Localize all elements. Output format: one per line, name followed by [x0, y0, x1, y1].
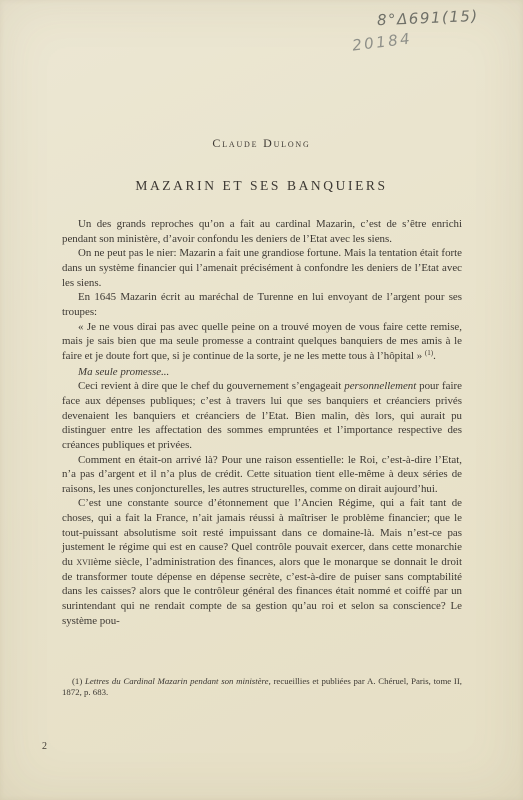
- body-paragraph-3: En 1645 Mazarin écrit au maréchal de Tur…: [62, 290, 462, 319]
- author-name: Claude Dulong: [0, 136, 523, 151]
- article-title: MAZARIN ET SES BANQUIERS: [0, 178, 523, 194]
- body-paragraph-7: Comment en était-on arrivé là? Pour une …: [62, 453, 462, 497]
- handwritten-shelfmark: 8°Δ691(15): [377, 7, 479, 29]
- paragraph-text: Ma seule promesse...: [78, 366, 169, 378]
- handwritten-accession-number: 20184: [351, 29, 413, 54]
- quote-end-punctuation: .: [433, 350, 436, 362]
- body-paragraph-6: Ceci revient à dire que le chef du gouve…: [62, 379, 462, 452]
- paragraph-text: Un des grands reproches qu’on a fait au …: [62, 218, 462, 245]
- paragraph-text: Comment en était-on arrivé là? Pour une …: [62, 454, 462, 495]
- paragraph-text: Ceci revient à dire que le chef du gouve…: [78, 380, 344, 392]
- page-number: 2: [42, 741, 47, 752]
- footnote-reference-marker: (1): [425, 349, 433, 357]
- body-paragraph-8: C’est une constante source d’étonnement …: [62, 496, 462, 628]
- quote-paragraph: « Je ne vous dirai pas avec quelle peine…: [62, 320, 462, 365]
- footnote-marker: (1): [72, 676, 85, 686]
- paragraph-text: En 1645 Mazarin écrit au maréchal de Tur…: [62, 291, 462, 318]
- body-text-column: Un des grands reproches qu’on a fait au …: [62, 217, 462, 628]
- body-paragraph-1: Un des grands reproches qu’on a fait au …: [62, 217, 462, 246]
- paragraph-text: ème siècle, l’administration des finance…: [62, 556, 462, 627]
- century-small-caps: xvii: [76, 556, 93, 568]
- body-paragraph-2: On ne peut pas le nier: Mazarin a fait u…: [62, 246, 462, 290]
- footnote: (1) Lettres du Cardinal Mazarin pendant …: [62, 676, 462, 699]
- emphasized-word: personnellement: [344, 380, 416, 392]
- body-paragraph-5-italic: Ma seule promesse...: [62, 365, 462, 380]
- quote-text: « Je ne vous dirai pas avec quelle peine…: [62, 321, 462, 362]
- scanned-page: 8°Δ691(15) 20184 Claude Dulong MAZARIN E…: [0, 0, 523, 800]
- paragraph-text: On ne peut pas le nier: Mazarin a fait u…: [62, 247, 462, 288]
- footnote-work-title: Lettres du Cardinal Mazarin pendant son …: [85, 676, 269, 686]
